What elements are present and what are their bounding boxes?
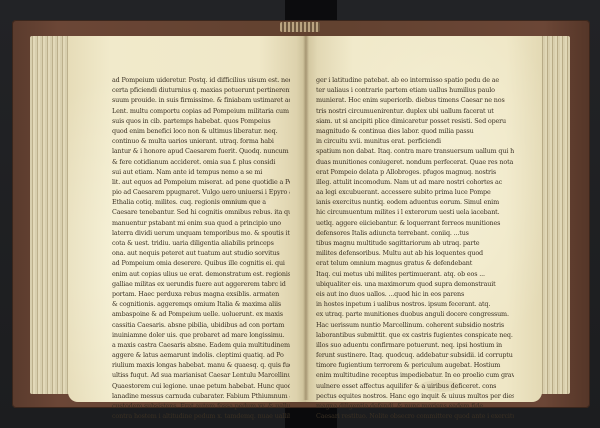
text-line: Hac uerissum nuntio Marcellinum. coheren… — [316, 320, 514, 330]
text-line: magna diligentia defendi. & nunc moriens… — [316, 401, 514, 411]
text-line: a maxis castra Caesaris absne. Eadem qui… — [112, 340, 290, 350]
text-line: portam. Haec perduxa rebus magna exsibli… — [112, 289, 290, 299]
text-line: aa legi excubuerant. accessere subito pr… — [316, 187, 514, 197]
text-line: ambaspoine & ad Pompeium uelle. uoluerun… — [112, 309, 290, 319]
text-line: Lent. multu comportu copias ad Pompeium … — [112, 106, 290, 116]
text-line: Caesari restituo. Nolite obsecro committ… — [316, 411, 514, 421]
text-line: ferunt sustinere. Itaq. quodcuq. addebat… — [316, 350, 514, 360]
text-line: erat Pompeio delata p Allobroges. pfugos… — [316, 167, 514, 177]
text-line: duas munitiones coniugeret. nondum perfe… — [316, 157, 514, 167]
text-line: ultiss fuqut. Ad sua marianisat Caesar L… — [112, 370, 290, 380]
text-line: tris nostri circumuenirentur. duplex ubi… — [316, 106, 514, 116]
text-line: in hostes inpetum i ualibus nostros. ips… — [316, 299, 514, 309]
text-line: pectus equites nostros. Hanc ego inquit … — [316, 391, 514, 401]
text-line: lit. aut equos ad Pompeium miserat. ad p… — [112, 177, 290, 187]
page-stack-right — [540, 36, 570, 394]
text-line: siam. ut si ancipiti plice dimicaretur p… — [316, 116, 514, 126]
text-line: ad Pompeium omia deserere. Quibus ille c… — [112, 258, 290, 268]
text-line: contra hostem i altitudine pedum x. tamd… — [112, 411, 290, 421]
text-line: ex utraq. parte munitiones duobus anguli… — [316, 309, 514, 319]
text-line: custodem subsistens. Erat autem fossa pe… — [112, 401, 290, 411]
text-line: suis quos in cib. partemps habebat. quos… — [112, 116, 290, 126]
gutter — [303, 36, 309, 400]
text-line: pio ad Caesarem ppugnaret. Vulgo uero un… — [112, 187, 290, 197]
text-line: & fere cotidianum accideret. omia sua f.… — [112, 157, 290, 167]
text-line: cota & uest. tridiu. uaria diligentia al… — [112, 238, 290, 248]
text-line: continuo & multa uarios unierant. utraq.… — [112, 136, 290, 146]
text-line: spatium non dabat. Itaq. contra mare tra… — [316, 146, 514, 156]
page-stack-left — [30, 36, 70, 394]
text-line: enim aut copias ulius ue erat. demonstra… — [112, 269, 290, 279]
text-line: munierat. Hoc enim superiorib. diebus ti… — [316, 95, 514, 105]
text-line: galliae militas ex uerundis fuere aut ag… — [112, 279, 290, 289]
text-line: lantur & i honore apud Caesarem fuerit. … — [112, 146, 290, 156]
text-line: tibus magnu multitude sagittariorum ab u… — [316, 238, 514, 248]
text-line: defensores Italis adiuncta terrebant. co… — [316, 228, 514, 238]
text-line: uetlq. aggere eiiciebantur. & loquerrant… — [316, 218, 514, 228]
text-line: suum prouide. in suis firmissime. & fini… — [112, 95, 290, 105]
text-line: aggere & latus aemarunt indolis. cleptim… — [112, 350, 290, 360]
text-line: ona. aut nequis peteret aut tuatum aut s… — [112, 248, 290, 258]
text-line: laborantibus submittit. que ex castris f… — [316, 330, 514, 340]
text-line: Itaq. cui metus ubi milites pertimuerant… — [316, 269, 514, 279]
text-line: riulium maxis longas habebat. manu & qua… — [112, 360, 290, 370]
text-line: Ethalia cotiq. milites. cuq. regionis om… — [112, 197, 290, 207]
text-line: lanadine messus carnuda cubarater. Fabiu… — [112, 391, 290, 401]
text-line: & cognitionis. aggeremqs omium Italia & … — [112, 299, 290, 309]
text-line: Quaestorem cui legione. unae petum habeb… — [112, 381, 290, 391]
text-line: laterra dividi uerum unquam temporibus m… — [112, 228, 290, 238]
text-line: sui aut etiam. Nam ante id tempus nemo a… — [112, 167, 290, 177]
text-line: enim multitudine receptus impediebatur. … — [316, 370, 514, 380]
text-line: inuiniamne doler uis. que probaret ad ma… — [112, 330, 290, 340]
text-line: ter ualiaus i contrarie partem etiam ual… — [316, 85, 514, 95]
text-line: erat telum omnium magnus gratus & defend… — [316, 258, 514, 268]
text-line: in circuitu xvii. munitus erat. perficie… — [316, 136, 514, 146]
text-line: timore fugientium terrorem & periculum a… — [316, 360, 514, 370]
text-line: ad Pompeium uideretur. Postq. id diffici… — [112, 75, 290, 85]
text-line: manuentur pstabant mi enim sua quod a pr… — [112, 218, 290, 228]
text-line: magnitudo & continua dies labor. quod mi… — [316, 126, 514, 136]
text-line: ianis exercitus nuntiq. eodem aduentus e… — [316, 197, 514, 207]
text-line: hic circumuentum milites i l exterorum u… — [316, 207, 514, 217]
text-line: ger i latitudine patebat. ab eo intermis… — [316, 75, 514, 85]
text-line: milites defensoribus. Multu aut ab his l… — [316, 248, 514, 258]
book-support-top — [285, 0, 337, 22]
text-line: eis aut ino duos uallos. ...quod hic in … — [316, 289, 514, 299]
text-line: illos suo aduentu confirmare potuerunt. … — [316, 340, 514, 350]
right-page-text: ger i latitudine patebat. ab eo intermis… — [316, 75, 514, 421]
text-line: certa pficiendi diuturnius q. maxias pot… — [112, 85, 290, 95]
text-line: Caesare tenebantur. Sed hi cognitis omni… — [112, 207, 290, 217]
text-line: uulnere esset affectus aquilifer & a uir… — [316, 381, 514, 391]
text-line: illeg. attulit incomodum. Nam ut ad mare… — [316, 177, 514, 187]
text-line: ubiqualiter eis. una maximorum quod supr… — [316, 279, 514, 289]
headband — [280, 22, 320, 32]
left-page-text: ad Pompeium uideretur. Postq. id diffici… — [112, 75, 290, 421]
text-line: cassitia Caesaris. absne pibilia, ubidib… — [112, 320, 290, 330]
text-line: quod enim benefici loco non & ultimus li… — [112, 126, 290, 136]
